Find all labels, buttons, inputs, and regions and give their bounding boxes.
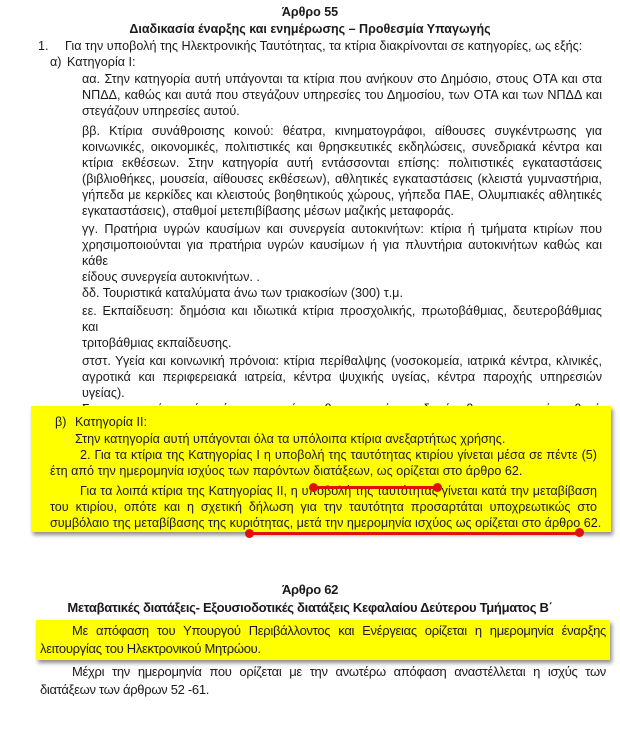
article-62-heading: Άρθρο 62: [0, 582, 620, 597]
article-55-heading: Άρθρο 55: [0, 5, 620, 19]
category-2-title: Κατηγορία ΙΙ:: [75, 414, 147, 430]
category-2-label: β): [55, 414, 66, 430]
category-2-text: Στην κατηγορία αυτή υπάγονται όλα τα υπό…: [75, 431, 505, 447]
cat1-line: δδ. Τουριστικά καταλύματα άνω των τριακο…: [82, 285, 602, 301]
cat1-line: (βιβλιοθήκες, μουσεία, αίθουσες εκθέσεων…: [82, 171, 602, 187]
cat1-line: τριτοβάθμιας εκπαίδευσης.: [82, 335, 602, 351]
article-62-subtitle: Μεταβατικές διατάξεις- Εξουσιοδοτικές δι…: [0, 600, 620, 615]
cat1-line: κτίρια εκθέσεων. Στην κατηγορία αυτή εντ…: [82, 155, 602, 171]
cat1-line: ββ. Κτίρια συνάθροισης κοινού: θέατρα, κ…: [82, 123, 602, 139]
red-underline-endpoint: [309, 483, 318, 492]
article-62-highlighted-paragraph: Με απόφαση του Υπουργού Περιβάλλοντος κα…: [40, 623, 606, 657]
cat1-line: ΝΠΔΔ, καθώς και αυτά που στεγάζουν υπηρε…: [82, 87, 602, 103]
item-2-paragraph: 2. Για τα κτίρια της Κατηγορίας Ι η υποβ…: [50, 447, 597, 531]
item-3-line: συμβόλαιο της μεταβίβασης της κυριότητας…: [50, 515, 597, 531]
red-underline-endpoint: [575, 528, 584, 537]
cat1-line: στεγάζουν υπηρεσίες αυτού.: [82, 103, 602, 119]
cat1-line: εε. Εκπαίδευση: δημόσια και ιδιωτικά κτί…: [82, 303, 602, 335]
category-1-title: Κατηγορία Ι:: [67, 54, 136, 70]
article-62-line: λειτουργίας του Ηλεκτρονικού Μητρώου.: [40, 641, 606, 657]
red-underline-annotation: [314, 486, 438, 489]
red-underline-annotation: [250, 532, 580, 535]
article-55-subtitle: Διαδικασία έναρξης και ενημέρωσης – Προθ…: [0, 22, 620, 36]
cat1-line: κοινωνικές, οικονομικές, πολιτιστικές κα…: [82, 139, 602, 155]
cat1-line: γήπεδα με κερκίδες και κλειστούς βοηθητι…: [82, 187, 602, 203]
red-underline-endpoint: [245, 529, 254, 538]
article-62-body-line: Μέχρι την ημερομηνία που ορίζεται με την…: [40, 664, 606, 680]
item-2-line: 2. Για τα κτίρια της Κατηγορίας Ι η υποβ…: [50, 447, 597, 463]
article-62-line: Με απόφαση του Υπουργού Περιβάλλοντος κα…: [40, 623, 606, 639]
item-3-line: του κτιρίου, οπότε και η σχετική δήλωση …: [50, 499, 597, 515]
document-page: Άρθρο 55 Διαδικασία έναρξης και ενημέρωσ…: [0, 0, 620, 730]
article-62-body: Μέχρι την ημερομηνία που ορίζεται με την…: [40, 664, 606, 698]
cat1-line: στστ. Υγεία και κοινωνική πρόνοια: κτίρι…: [82, 353, 602, 369]
item-1-number: 1.: [38, 38, 49, 54]
item-1-text: Για την υποβολή της Ηλεκτρονικής Ταυτότη…: [65, 38, 582, 54]
cat1-line: χρησιμοποιούνται για πρατήρια υγρών καυσ…: [82, 237, 602, 269]
item-2-line: έτη από την ημερομηνία ισχύος των παρόντ…: [50, 463, 597, 479]
cat1-line: αγροτικά και περιφερειακά ιατρεία, κέντρ…: [82, 369, 602, 401]
red-underline-endpoint: [433, 483, 442, 492]
cat1-line: αα. Στην κατηγορία αυτή υπάγονται τα κτί…: [82, 71, 602, 87]
cat1-line: είδους συνεργεία αυτοκινήτων. .: [82, 269, 602, 285]
cat1-line: εγκαταστάσεις), σταθμοί μετεπιβίβασης μέ…: [82, 203, 602, 219]
category-1-label: α): [50, 54, 61, 70]
cat1-line: γγ. Πρατήρια υγρών καυσίμων και συνεργεί…: [82, 221, 602, 237]
article-62-body-line: διατάξεων των άρθρων 52 -61.: [40, 682, 606, 698]
